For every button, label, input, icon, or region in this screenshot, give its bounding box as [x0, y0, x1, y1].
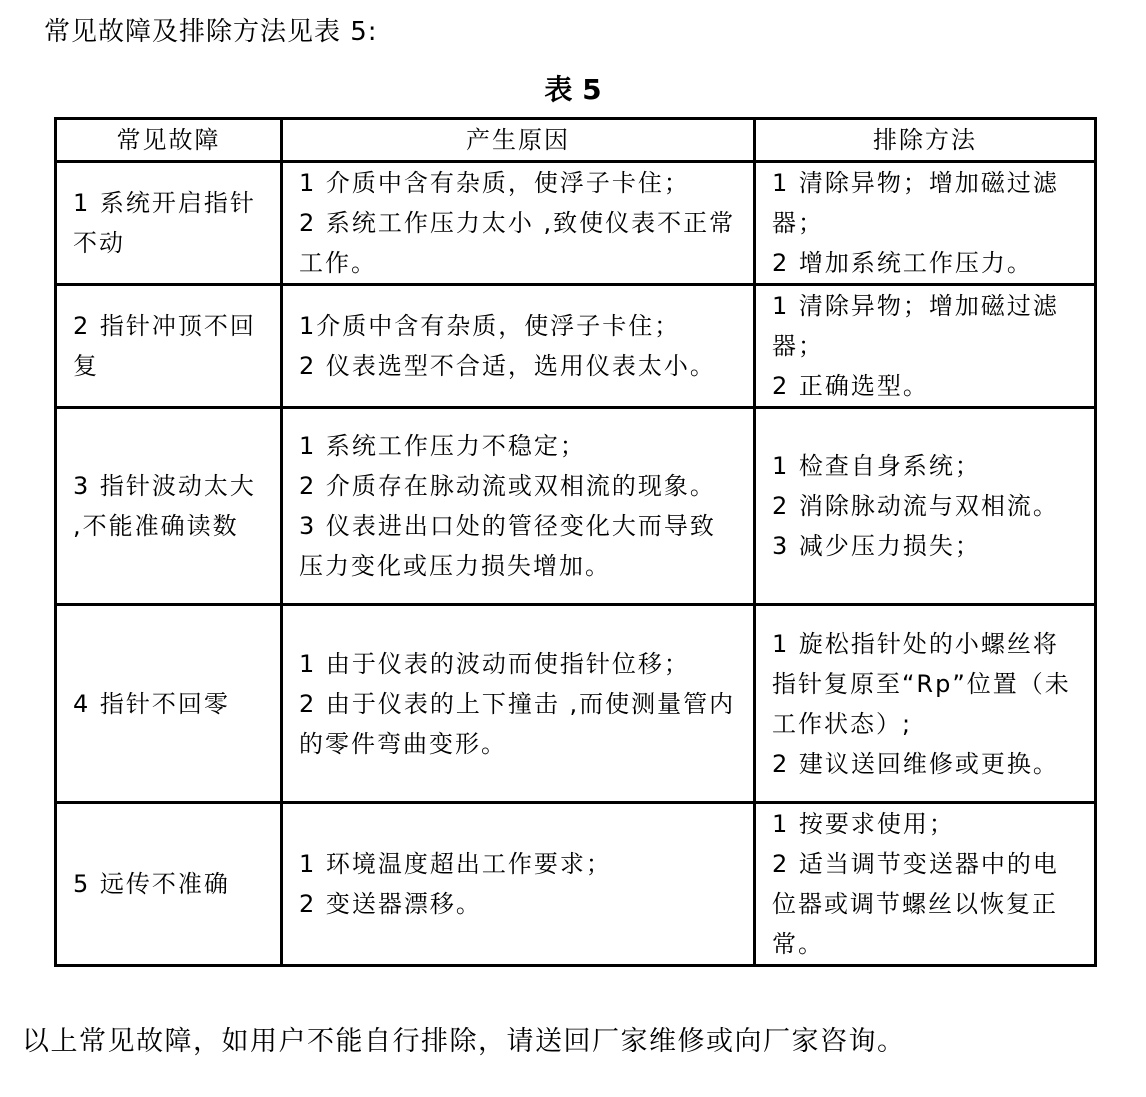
remedy-line: 2 消除脉动流与双相流。 [772, 486, 1078, 526]
remedy-line: 2 建议送回维修或更换。 [772, 744, 1078, 784]
remedy-line: 2 正确选型。 [772, 366, 1078, 406]
fault-cell: 5 远传不准确 [56, 803, 282, 966]
remedy-line: 2 适当调节变送器中的电位器或调节螺丝以恢复正常。 [772, 844, 1078, 964]
cause-line: 3 仪表进出口处的管径变化大而导致压力变化或压力损失增加。 [299, 506, 737, 586]
table-row: 3 指针波动太大 ,不能准确读数 1 系统工作压力不稳定； 2 介质存在脉动流或… [56, 408, 1096, 605]
header-remedy: 排除方法 [755, 119, 1096, 162]
cause-line: 1 环境温度超出工作要求； [299, 844, 737, 884]
table-row: 1 系统开启指针不动 1 介质中含有杂质，使浮子卡住； 2 系统工作压力太小 ,… [56, 162, 1096, 285]
cause-line: 1 系统工作压力不稳定； [299, 426, 737, 466]
header-fault: 常见故障 [56, 119, 282, 162]
cause-cell: 1介质中含有杂质，使浮子卡住； 2 仪表选型不合适，选用仪表太小。 [282, 285, 755, 408]
fault-cell: 2 指针冲顶不回复 [56, 285, 282, 408]
remedy-line: 1 清除异物；增加磁过滤器； [772, 286, 1078, 366]
cause-cell: 1 系统工作压力不稳定； 2 介质存在脉动流或双相流的现象。 3 仪表进出口处的… [282, 408, 755, 605]
cause-cell: 1 由于仪表的波动而使指针位移； 2 由于仪表的上下撞击 ,而使测量管内的零件弯… [282, 605, 755, 803]
intro-text: 常见故障及排除方法见表 5: [44, 12, 378, 52]
footer-note: 以上常见故障，如用户不能自行排除，请送回厂家维修或向厂家咨询。 [22, 1022, 906, 1062]
cause-line: 2 仪表选型不合适，选用仪表太小。 [299, 346, 737, 386]
cause-cell: 1 介质中含有杂质，使浮子卡住； 2 系统工作压力太小 ,致使仪表不正常工作。 [282, 162, 755, 285]
cause-line: 2 由于仪表的上下撞击 ,而使测量管内的零件弯曲变形。 [299, 684, 737, 764]
remedy-line: 1 旋松指针处的小螺丝将指针复原至“Rp”位置（未工作状态）; [772, 624, 1078, 744]
fault-cell: 4 指针不回零 [56, 605, 282, 803]
fault-cell: 1 系统开启指针不动 [56, 162, 282, 285]
cause-line: 1介质中含有杂质，使浮子卡住； [299, 306, 737, 346]
remedy-line: 1 按要求使用； [772, 804, 1078, 844]
cause-line: 1 介质中含有杂质，使浮子卡住； [299, 163, 737, 203]
table-caption: 表 5 [0, 70, 1146, 110]
remedy-cell: 1 按要求使用； 2 适当调节变送器中的电位器或调节螺丝以恢复正常。 [755, 803, 1096, 966]
fault-cell: 3 指针波动太大 ,不能准确读数 [56, 408, 282, 605]
table-header-row: 常见故障 产生原因 排除方法 [56, 119, 1096, 162]
table-row: 5 远传不准确 1 环境温度超出工作要求； 2 变送器漂移。 1 按要求使用； … [56, 803, 1096, 966]
remedy-line: 3 减少压力损失； [772, 526, 1078, 566]
remedy-line: 1 检查自身系统； [772, 446, 1078, 486]
table-row: 4 指针不回零 1 由于仪表的波动而使指针位移； 2 由于仪表的上下撞击 ,而使… [56, 605, 1096, 803]
remedy-cell: 1 清除异物；增加磁过滤器； 2 增加系统工作压力。 [755, 162, 1096, 285]
remedy-cell: 1 检查自身系统； 2 消除脉动流与双相流。 3 减少压力损失； [755, 408, 1096, 605]
remedy-line: 1 清除异物；增加磁过滤器； [772, 163, 1078, 243]
remedy-line: 2 增加系统工作压力。 [772, 243, 1078, 283]
header-cause: 产生原因 [282, 119, 755, 162]
remedy-cell: 1 旋松指针处的小螺丝将指针复原至“Rp”位置（未工作状态）; 2 建议送回维修… [755, 605, 1096, 803]
cause-cell: 1 环境温度超出工作要求； 2 变送器漂移。 [282, 803, 755, 966]
cause-line: 2 系统工作压力太小 ,致使仪表不正常工作。 [299, 203, 737, 283]
cause-line: 2 介质存在脉动流或双相流的现象。 [299, 466, 737, 506]
remedy-cell: 1 清除异物；增加磁过滤器； 2 正确选型。 [755, 285, 1096, 408]
table-row: 2 指针冲顶不回复 1介质中含有杂质，使浮子卡住； 2 仪表选型不合适，选用仪表… [56, 285, 1096, 408]
cause-line: 2 变送器漂移。 [299, 884, 737, 924]
cause-line: 1 由于仪表的波动而使指针位移； [299, 644, 737, 684]
troubleshooting-table: 常见故障 产生原因 排除方法 1 系统开启指针不动 1 介质中含有杂质，使浮子卡… [54, 117, 1097, 967]
